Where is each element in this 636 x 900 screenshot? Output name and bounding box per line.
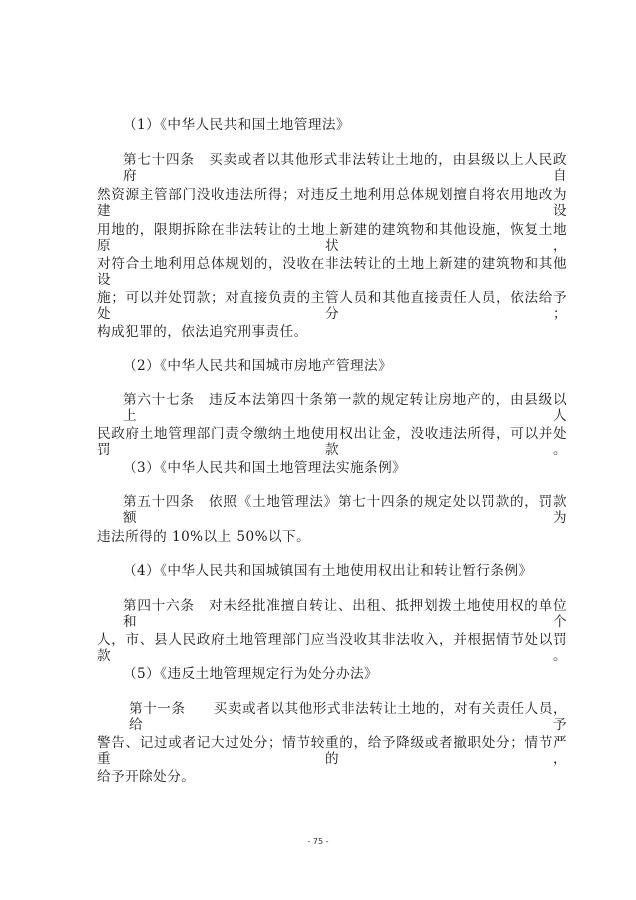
article-74-line-1: 第七十四条 买卖或者以其他形式非法转让土地的，由县级以上人民政府自 [123,152,567,184]
article-67-line-1: 第六十七条 违反本法第四十条第一款的规定转让房地产的，由县级以上人 [123,392,567,424]
article-54-line-2: 违法所得的 10%以上 50%以下。 [97,529,567,545]
article-46-line-1: 第四十六条 对未经批准擅自转让、出租、抵押划拨土地使用权的单位和个 [123,598,567,630]
law-title-4: （4）《中华人民共和国城镇国有土地使用权出让和转让暂行条例》 [123,563,593,579]
page-number: - 75 - [0,837,636,846]
article-74-line-2: 然资源主管部门没收违法所得；对违反土地利用总体规划擅自将农用地改为建设 [97,187,567,219]
law-title-3: （3）《中华人民共和国土地管理法实施条例》 [123,460,593,476]
article-67-line-2: 民政府土地管理部门责令缴纳土地使用权出让金，没收违法所得，可以并处罚款。 [97,426,567,458]
article-46-line-2: 人，市、县人民政府土地管理部门应当没收其非法收入，并根据情节处以罚款。 [97,632,567,664]
article-74-line-3: 用地的，限期拆除在非法转让的土地上新建的建筑物和其他设施，恢复土地原状， [97,222,567,254]
article-74-line-5: 施；可以并处罚款；对直接负责的主管人员和其他直接责任人员，依法给予处分； [97,290,567,322]
law-title-1: （1）《中华人民共和国土地管理法》 [123,117,593,133]
article-74-line-6: 构成犯罪的，依法追究刑事责任。 [97,324,567,340]
article-74-line-4: 对符合土地利用总体规划的，没收在非法转让的土地上新建的建筑物和其他设 [97,256,567,288]
article-54-line-1: 第五十四条 依照《土地管理法》第七十四条的规定处以罚款的，罚款额为 [123,494,567,526]
law-title-2: （2）《中华人民共和国城市房地产管理法》 [123,358,593,374]
article-11-line-2: 警告、记过或者记大过处分；情节较重的，给予降级或者撤职处分；情节严重的， [97,735,567,767]
article-11-line-3: 给予开除处分。 [97,769,567,785]
law-title-5: （5）《违反土地管理规定行为处分办法》 [123,666,593,682]
article-11-line-1: 第十一条 买卖或者以其他形式非法转让土地的，对有关责任人员，给予 [129,701,567,733]
